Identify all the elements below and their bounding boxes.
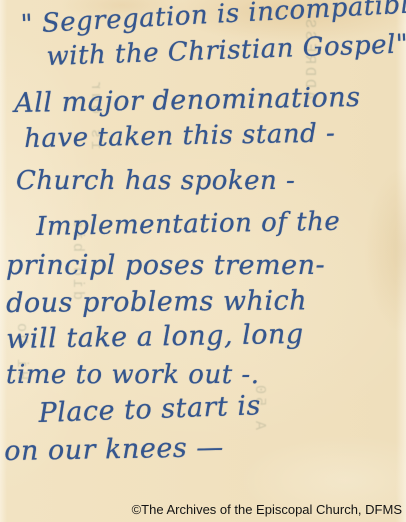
handwriting-line-8: dous problems which: [6, 285, 307, 319]
handwriting-line-12: on our knees —: [4, 432, 224, 467]
handwriting-line-11: Place to start is: [38, 390, 261, 429]
handwriting-line-4: have taken this stand -: [24, 119, 336, 154]
handwriting-line-9: will take a long, long: [6, 319, 304, 355]
handwritten-note-photo: ADDRESS is our did bid Hi Do A 50 " Segr…: [0, 0, 406, 522]
handwriting-line-6: Implementation of the: [36, 207, 341, 242]
handwriting-line-3: All major denominations: [14, 82, 361, 119]
handwriting-line-7: principl poses tremen-: [6, 250, 325, 281]
handwriting-line-5: Church has spoken -: [16, 166, 295, 196]
archive-copyright-text: ©The Archives of the Episcopal Church, D…: [132, 502, 402, 517]
handwriting-line-10: time to work out -.: [6, 360, 259, 390]
